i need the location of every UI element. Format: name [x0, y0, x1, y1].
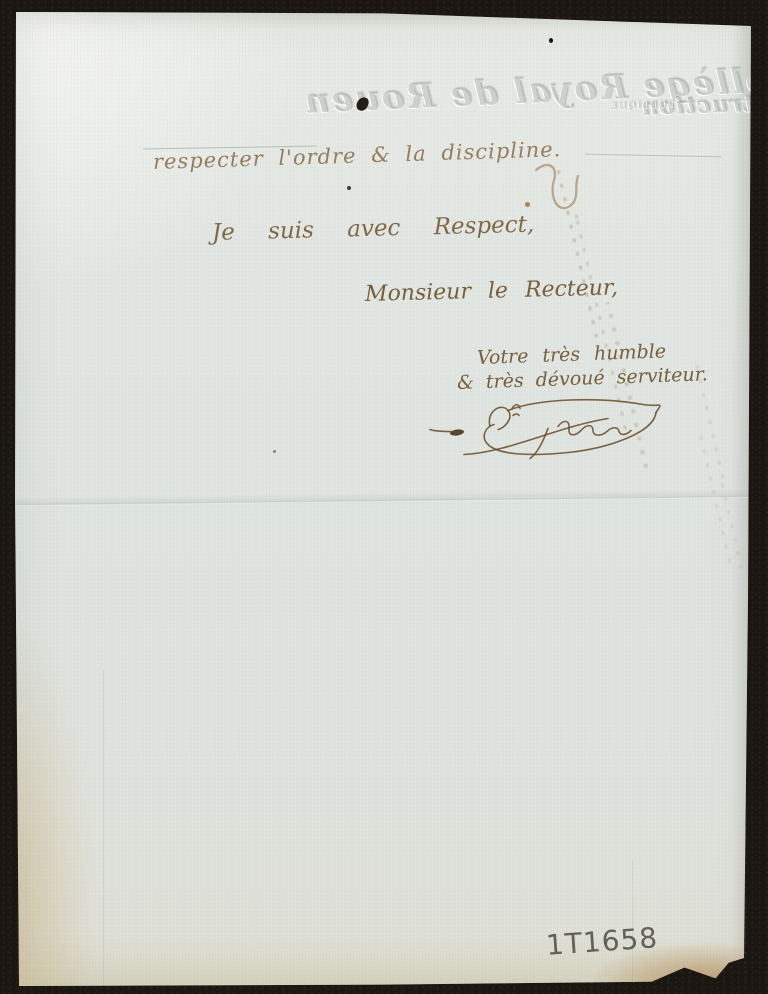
letterhead-stamp-subword: PUBLIQUE — [609, 99, 675, 112]
archival-number: 1T1658 — [545, 921, 659, 962]
handwritten-line-discipline: respecter l'ordre & la discipline. — [153, 137, 562, 174]
ink-speck — [273, 450, 276, 453]
handwritten-line-salutation: Monsieur le Recteur, — [365, 275, 619, 307]
letterhead-stamp-underline — [585, 154, 721, 158]
letterhead-bleedthrough-title: Collège Royal de Rouen — [92, 72, 512, 91]
ink-speck — [525, 202, 530, 207]
letter-paper: Collège Royal de Rouen Instruction PUBLI… — [14, 10, 754, 988]
handwritten-line-closing: Je suis avec Respect, — [212, 212, 535, 246]
ink-speck — [549, 38, 553, 43]
fold-crease-vertical — [103, 670, 104, 986]
ink-speck — [347, 186, 351, 190]
signature-flourish — [428, 395, 678, 473]
